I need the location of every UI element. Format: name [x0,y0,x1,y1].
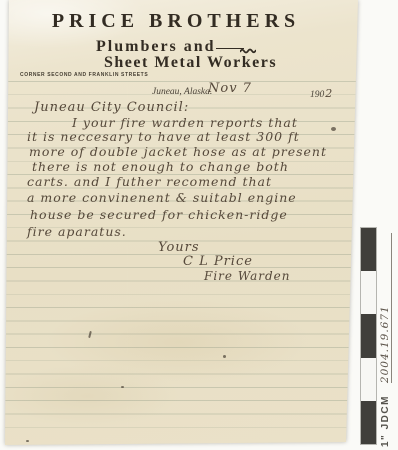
letterhead-company-name: PRICE BROTHERS [0,10,352,33]
body-line: it is neccesary to have at least 300 ft [27,130,300,143]
year-handwritten-digit: 2 [325,87,332,100]
paper-shadow: PRICE BROTHERS Plumbers and Sheet Metal … [0,0,398,450]
body-line: carts. and I futher recomend that [27,175,272,188]
salutation: Juneau City Council: [34,101,189,114]
letterhead-trade-line2: Sheet Metal Workers [104,54,277,72]
ink-speck [26,440,29,442]
scale-bar-segment [361,314,376,357]
signature-title: Fire Warden [204,270,291,283]
scale-bar-segment [361,358,376,401]
year-printed: 190 [310,90,324,100]
body-line: fire aparatus. [27,225,127,238]
letter-paper: PRICE BROTHERS Plumbers and Sheet Metal … [0,0,398,450]
dateline-year: 1902 [310,87,332,100]
letterhead-address: CORNER SECOND AND FRANKLIN STREETS [20,72,148,78]
ink-speck [121,386,124,388]
body-line: a more convinenent & suitabl engine [27,191,297,204]
photo-scale-bar [361,228,376,444]
accession-number: 2004.19.671 [379,233,392,383]
scanned-letter-page: PRICE BROTHERS Plumbers and Sheet Metal … [0,0,398,450]
body-line: more of double jacket hose as at present [29,145,327,158]
ink-speck [223,355,226,358]
scale-bar-segment [361,271,376,314]
accession-label: 1" JDCM2004.19.671 [379,211,396,447]
body-line: there is not enough to change both [32,160,289,173]
ink-speck [331,127,336,131]
accession-prefix: 1" JDCM [380,395,391,447]
scale-bar-segment [361,401,376,444]
signature: C L Price [183,255,253,268]
dateline-handwritten-date: Nov 7 [208,81,252,96]
closing: Yours [158,241,200,254]
body-line: house be secured for chicken-ridge [30,208,288,221]
scale-bar-segment [361,228,376,271]
dateline-place: Juneau, Alaska. [152,87,212,97]
body-line: I your fire warden reports that [72,116,298,129]
